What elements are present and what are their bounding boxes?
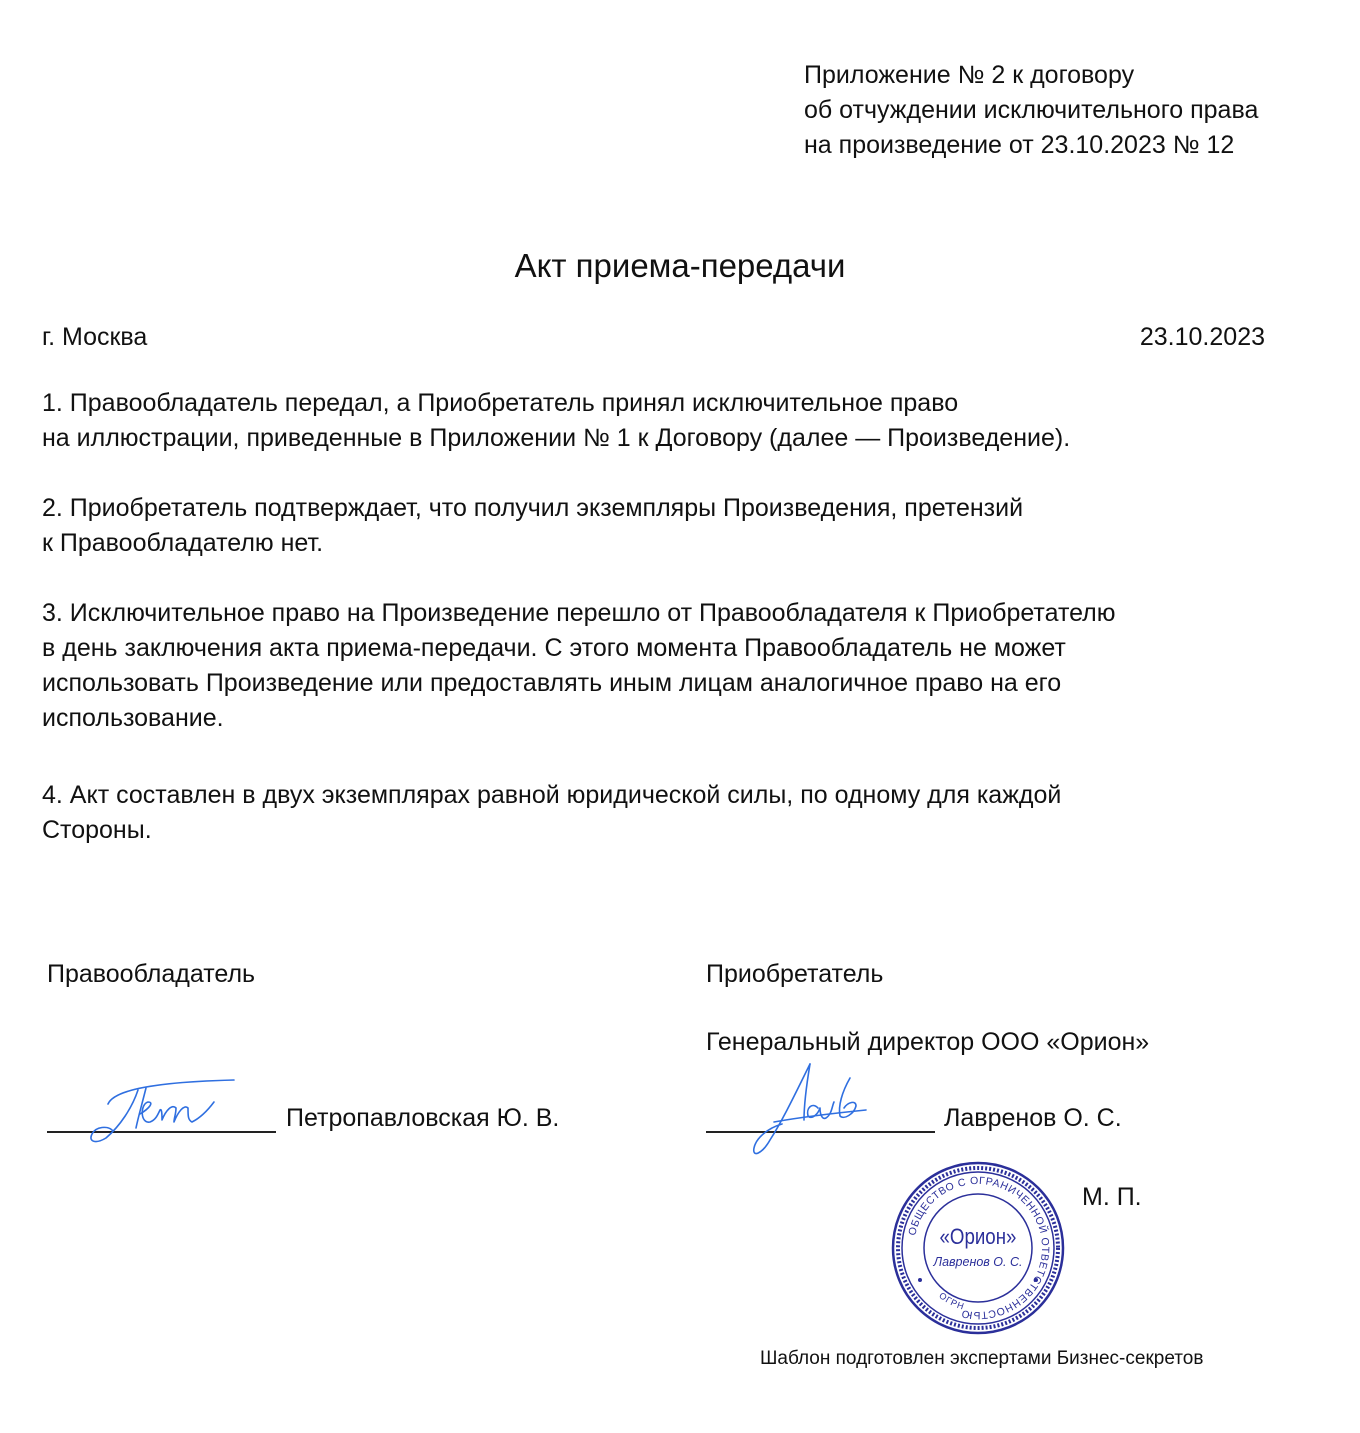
paragraph-line: Стороны.: [42, 813, 1061, 848]
paragraph-3: 3. Исключительное право на Произведение …: [42, 596, 1116, 736]
paragraph-line: 2. Приобретатель подтверждает, что получ…: [42, 491, 1023, 526]
seal-place-label: М. П.: [1082, 1180, 1142, 1214]
appendix-line: на произведение от 23.10.2023 № 12: [804, 128, 1258, 163]
paragraph-1: 1. Правообладатель передал, а Приобретат…: [42, 386, 1070, 456]
paragraph-line: к Правообладателю нет.: [42, 526, 1023, 561]
document-title: Акт приема-передачи: [0, 244, 1360, 288]
stamp-company: «Орион»: [940, 1226, 1017, 1250]
paragraph-2: 2. Приобретатель подтверждает, что получ…: [42, 491, 1023, 561]
paragraph-line: в день заключения акта приема-передачи. …: [42, 631, 1116, 666]
appendix-line: об отчуждении исключительного права: [804, 93, 1258, 128]
paragraph-line: использовать Произведение или предоставл…: [42, 666, 1116, 701]
paragraph-line: 3. Исключительное право на Произведение …: [42, 596, 1116, 631]
stamp-person: Лавренов О. С.: [933, 1255, 1023, 1269]
svg-text:ОГРН: ОГРН: [937, 1290, 966, 1311]
left-party-role: Правообладатель: [47, 957, 255, 991]
right-party-name: Лавренов О. С.: [944, 1101, 1122, 1135]
template-credit: Шаблон подготовлен экспертами Бизнес-сек…: [760, 1346, 1203, 1372]
paragraph-line: на иллюстрации, приведенные в Приложении…: [42, 421, 1070, 456]
right-party-role: Приобретатель: [706, 957, 883, 991]
stamp-bottom-text: ОГРН: [937, 1290, 966, 1311]
right-party-position: Генеральный директор ООО «Орион»: [706, 1025, 1149, 1059]
left-party-name: Петропавловская Ю. В.: [286, 1101, 559, 1135]
paragraph-line: использование.: [42, 701, 1116, 736]
appendix-reference: Приложение № 2 к договору об отчуждении …: [804, 58, 1258, 163]
right-handwritten-signature-icon: [746, 1058, 896, 1162]
document-date: 23.10.2023: [1140, 320, 1265, 354]
company-stamp-icon: ОБЩЕСТВО С ОГРАНИЧЕННОЙ ОТВЕТСТВЕННОСТЬЮ…: [890, 1160, 1066, 1336]
paragraph-line: 1. Правообладатель передал, а Приобретат…: [42, 386, 1070, 421]
paragraph-4: 4. Акт составлен в двух экземплярах равн…: [42, 778, 1061, 848]
appendix-line: Приложение № 2 к договору: [804, 58, 1258, 93]
left-handwritten-signature-icon: [84, 1068, 244, 1150]
paragraph-line: 4. Акт составлен в двух экземплярах равн…: [42, 778, 1061, 813]
document-city: г. Москва: [42, 320, 147, 354]
